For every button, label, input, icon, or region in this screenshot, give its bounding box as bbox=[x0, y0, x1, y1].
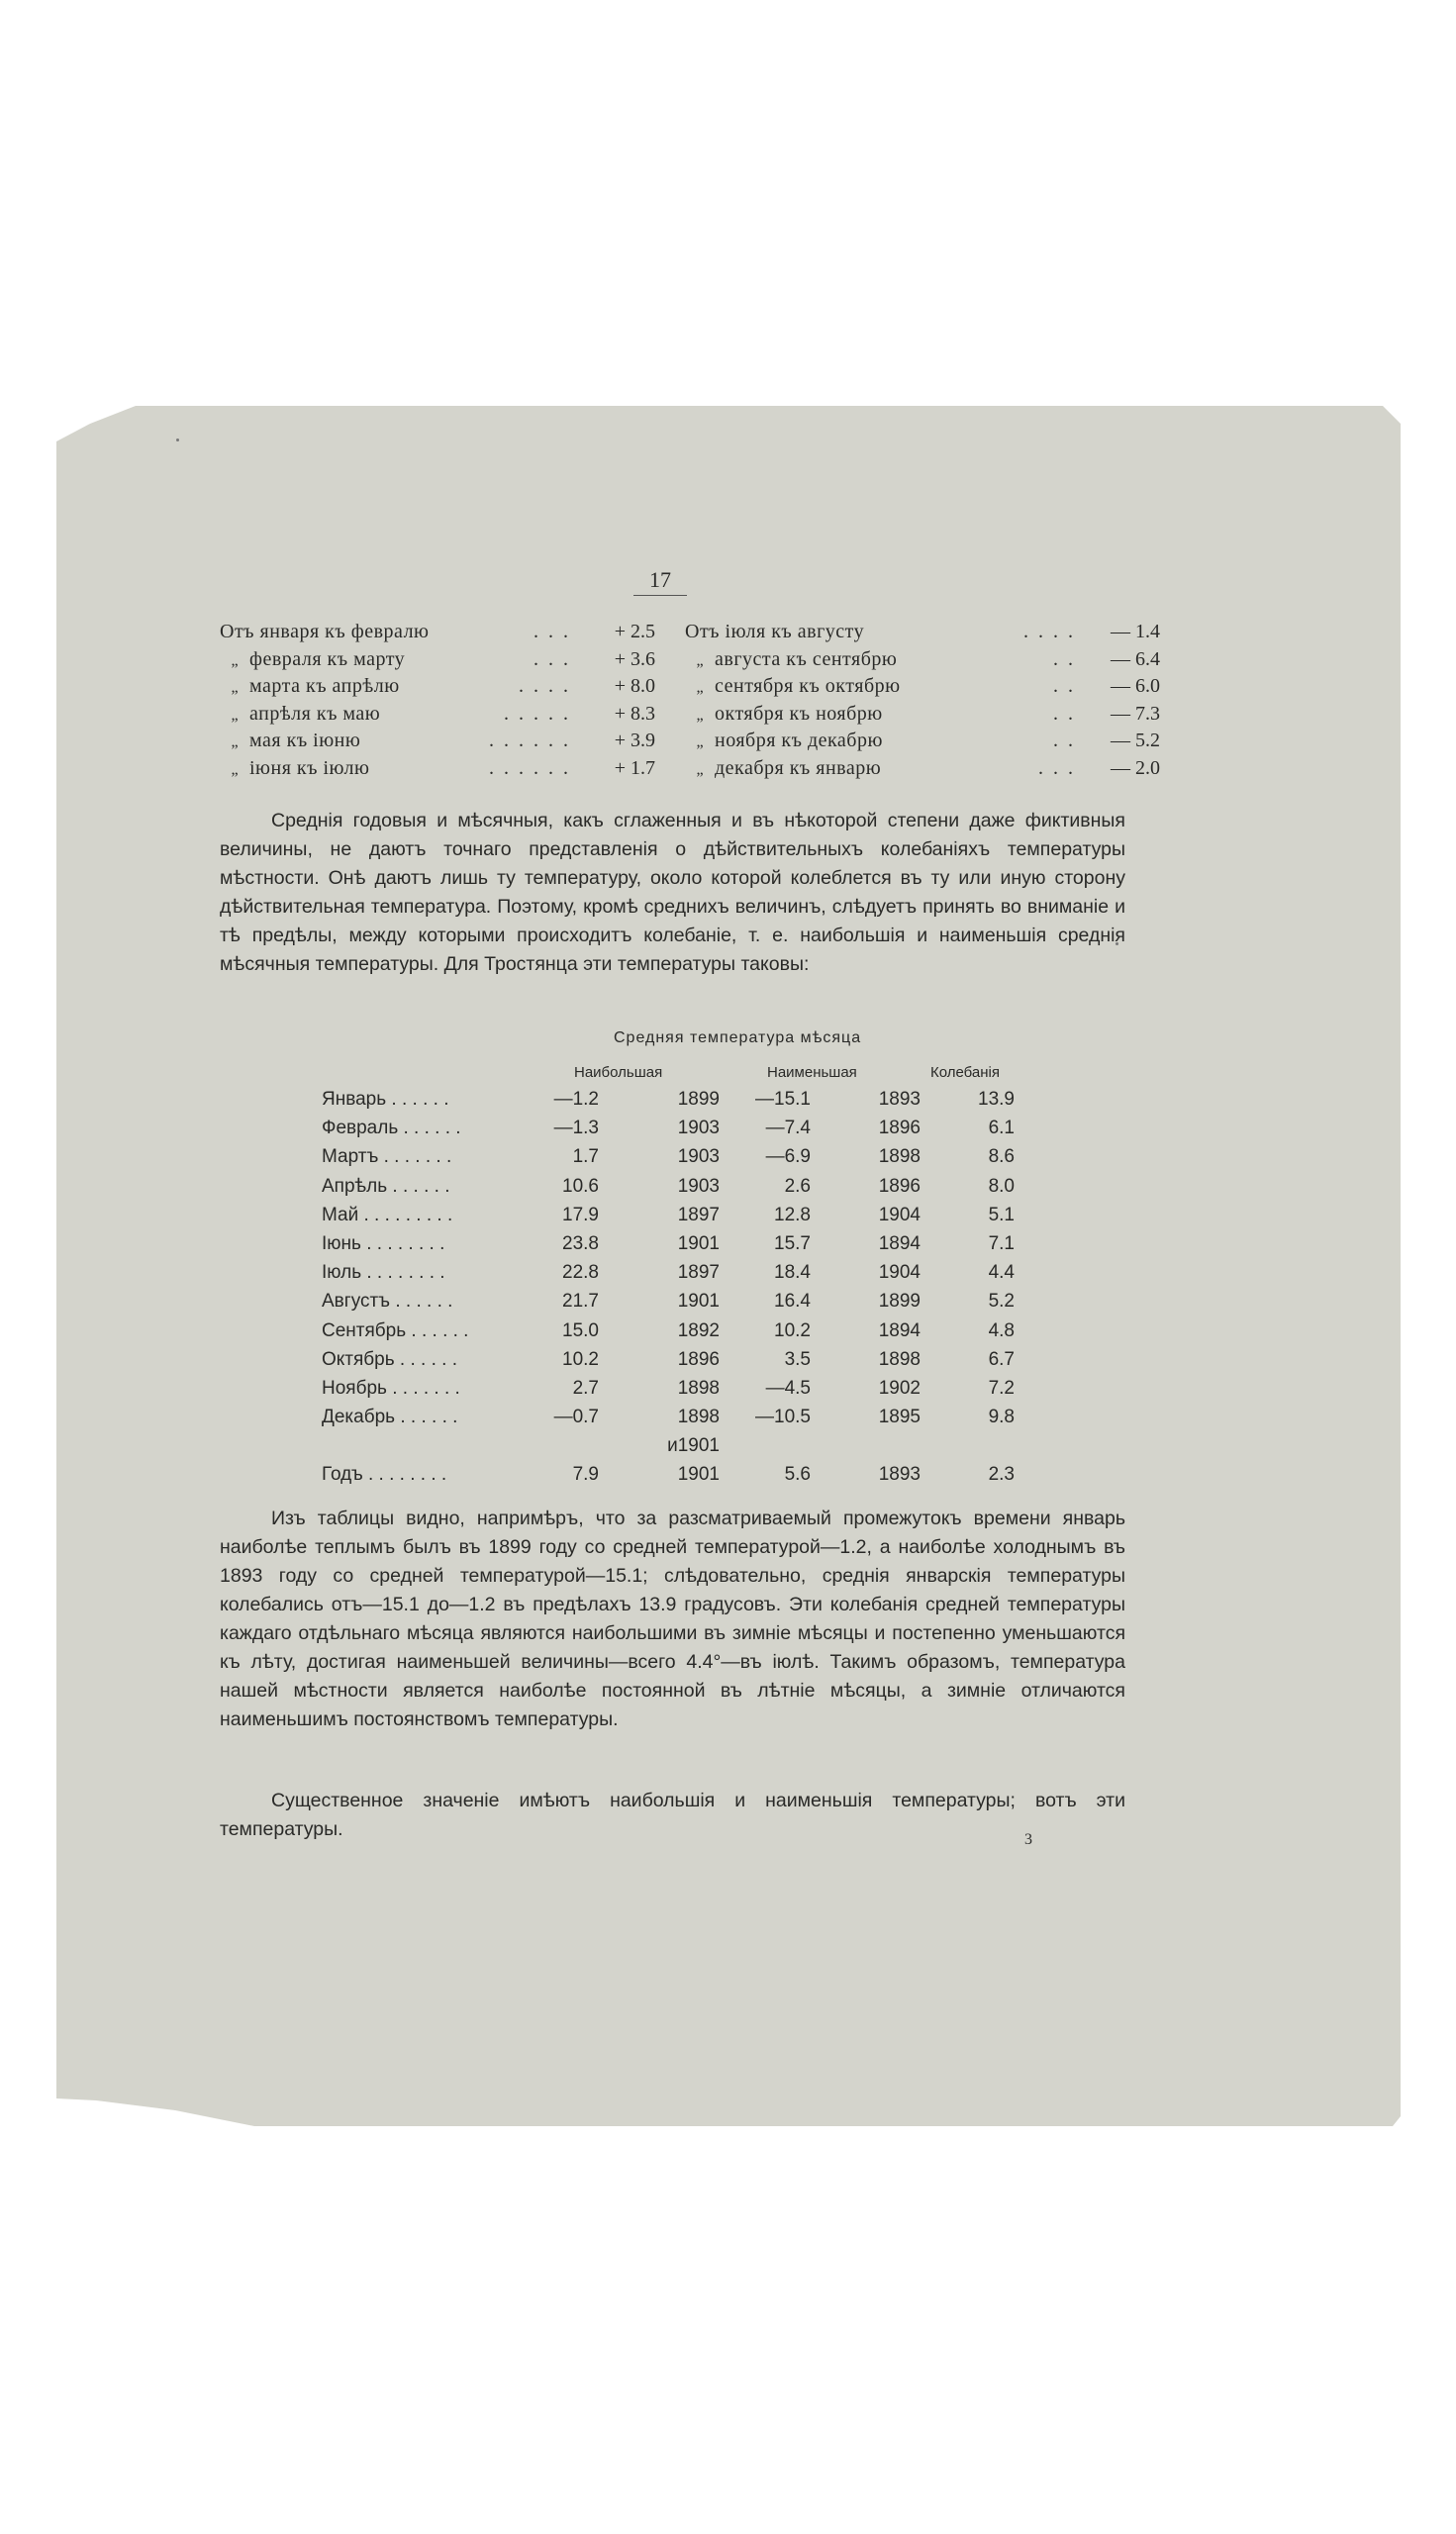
min-year: 1898 bbox=[879, 1349, 921, 1371]
range-value: 2.3 bbox=[989, 1464, 1015, 1486]
monthly-change-row: „апрѣля къ маю.....+ 8.3 bbox=[220, 701, 655, 729]
leader-dots: ... bbox=[534, 619, 578, 646]
table-title: Средняя температура мѣсяца bbox=[614, 1029, 861, 1047]
month-name: Февраль . . . . . . bbox=[322, 1118, 461, 1139]
ditto-mark: „ bbox=[685, 756, 715, 784]
ditto-mark: „ bbox=[685, 702, 715, 730]
leader-dots: .. bbox=[1053, 673, 1083, 701]
month-name: Декабрь . . . . . . bbox=[322, 1407, 457, 1428]
min-temp: 15.7 bbox=[774, 1233, 811, 1255]
monthly-change-label: ноября къ декабрю bbox=[715, 730, 883, 751]
monthly-change-value: — 2.0 bbox=[1111, 755, 1160, 783]
range-value: 7.2 bbox=[989, 1378, 1015, 1400]
leader-dots: .. bbox=[1053, 701, 1083, 729]
month-name: Ноябрь . . . . . . . bbox=[322, 1378, 460, 1400]
monthly-change-row: „декабря къ январю...— 2.0 bbox=[685, 755, 1160, 783]
min-year: 1896 bbox=[879, 1176, 921, 1198]
paragraph-text: Изъ таблицы видно, напримѣръ, что за раз… bbox=[220, 1505, 1125, 1734]
month-name: Августъ . . . . . . bbox=[322, 1291, 452, 1313]
max-temp: —1.2 bbox=[554, 1089, 599, 1111]
max-year: 1897 bbox=[678, 1205, 720, 1226]
range-value: 4.8 bbox=[989, 1320, 1015, 1342]
monthly-change-label: Отъ января къ февралю bbox=[220, 621, 430, 642]
max-temp: 22.8 bbox=[562, 1262, 599, 1284]
max-temp: —0.7 bbox=[554, 1407, 599, 1428]
ditto-mark: „ bbox=[685, 674, 715, 702]
max-temp: 21.7 bbox=[562, 1291, 599, 1313]
leader-dots: .. bbox=[1053, 728, 1083, 755]
monthly-change-label: мая къ іюню bbox=[249, 730, 360, 751]
max-temp: 17.9 bbox=[562, 1205, 599, 1226]
ditto-mark: „ bbox=[685, 729, 715, 756]
range-value: 8.6 bbox=[989, 1146, 1015, 1168]
monthly-change-row: „ноября къ декабрю..— 5.2 bbox=[685, 728, 1160, 755]
monthly-change-value: — 6.4 bbox=[1111, 646, 1160, 674]
min-year: 1893 bbox=[879, 1089, 921, 1111]
min-year: 1904 bbox=[879, 1262, 921, 1284]
leader-dots: ...... bbox=[489, 728, 578, 755]
month-name: Іюль . . . . . . . . bbox=[322, 1262, 445, 1284]
monthly-change-row: „сентября къ октябрю..— 6.0 bbox=[685, 673, 1160, 701]
min-year: 1898 bbox=[879, 1146, 921, 1168]
leader-dots: .... bbox=[1023, 619, 1083, 646]
monthly-change-value: + 2.5 bbox=[615, 619, 655, 646]
month-name: Апрѣль . . . . . . bbox=[322, 1176, 450, 1198]
paragraph-conclusion: Существенное значеніе имѣютъ наибольшія … bbox=[220, 1787, 1125, 1844]
month-name: Іюнь . . . . . . . . bbox=[322, 1233, 444, 1255]
max-year: 1898 bbox=[678, 1378, 720, 1400]
monthly-changes-left: Отъ января къ февралю...+ 2.5„февраля къ… bbox=[220, 619, 655, 783]
max-year: 1903 bbox=[678, 1146, 720, 1168]
min-temp: —4.5 bbox=[766, 1378, 811, 1400]
ditto-mark: „ bbox=[220, 756, 249, 784]
min-year: 1893 bbox=[879, 1464, 921, 1486]
range-value: 6.7 bbox=[989, 1349, 1015, 1371]
min-year: 1904 bbox=[879, 1205, 921, 1226]
monthly-change-value: + 3.9 bbox=[615, 728, 655, 755]
header-max: Наибольшая bbox=[574, 1064, 662, 1081]
monthly-change-label: іюня къ іюлю bbox=[249, 757, 369, 779]
min-temp: —10.5 bbox=[755, 1407, 811, 1428]
min-temp: 5.6 bbox=[785, 1464, 811, 1486]
min-year: 1896 bbox=[879, 1118, 921, 1139]
min-temp: 16.4 bbox=[774, 1291, 811, 1313]
max-temp: 10.6 bbox=[562, 1176, 599, 1198]
monthly-change-row: „августа къ сентябрю..— 6.4 bbox=[685, 646, 1160, 674]
monthly-change-label: Отъ іюля къ августу bbox=[685, 621, 864, 642]
ditto-mark: „ bbox=[220, 729, 249, 756]
paragraph-analysis: Изъ таблицы видно, напримѣръ, что за раз… bbox=[220, 1505, 1125, 1734]
leader-dots: .... bbox=[519, 673, 578, 701]
monthly-change-row: „февраля къ марту...+ 3.6 bbox=[220, 646, 655, 674]
monthly-change-label: августа къ сентябрю bbox=[715, 648, 897, 670]
max-year: 1892 bbox=[678, 1320, 720, 1342]
range-value: 8.0 bbox=[989, 1176, 1015, 1198]
max-year: 1897 bbox=[678, 1262, 720, 1284]
max-year: 1901 bbox=[678, 1233, 720, 1255]
monthly-change-row: Отъ іюля къ августу....— 1.4 bbox=[685, 619, 1160, 646]
ditto-mark: „ bbox=[220, 647, 249, 675]
min-temp: 10.2 bbox=[774, 1320, 811, 1342]
min-temp: —6.9 bbox=[766, 1146, 811, 1168]
monthly-change-value: — 7.3 bbox=[1111, 701, 1160, 729]
max-year: 1901 bbox=[678, 1291, 720, 1313]
monthly-change-value: + 8.0 bbox=[615, 673, 655, 701]
max-year: 1896 bbox=[678, 1349, 720, 1371]
month-name: Сентябрь . . . . . . bbox=[322, 1320, 468, 1342]
min-year: 1895 bbox=[879, 1407, 921, 1428]
max-year: 1903 bbox=[678, 1118, 720, 1139]
range-value: 4.4 bbox=[989, 1262, 1015, 1284]
monthly-change-row: „іюня къ іюлю......+ 1.7 bbox=[220, 755, 655, 783]
month-name: Годъ . . . . . . . . bbox=[322, 1464, 446, 1486]
min-temp: 3.5 bbox=[785, 1349, 811, 1371]
max-year: 1901 bbox=[678, 1464, 720, 1486]
paragraph-text: Среднія годовыя и мѣсячныя, какъ сглажен… bbox=[220, 807, 1125, 979]
monthly-change-label: декабря къ январю bbox=[715, 757, 881, 779]
max-temp: 15.0 bbox=[562, 1320, 599, 1342]
page-number: 17 bbox=[633, 567, 687, 596]
max-temp: 1.7 bbox=[573, 1146, 599, 1168]
leader-dots: .. bbox=[1053, 646, 1083, 674]
monthly-change-row: „мая къ іюню......+ 3.9 bbox=[220, 728, 655, 755]
leader-dots: ...... bbox=[489, 755, 578, 783]
max-year: и1901 bbox=[667, 1435, 720, 1457]
monthly-change-row: „октября къ ноябрю..— 7.3 bbox=[685, 701, 1160, 729]
range-value: 9.8 bbox=[989, 1407, 1015, 1428]
monthly-change-value: + 3.6 bbox=[615, 646, 655, 674]
max-temp: —1.3 bbox=[554, 1118, 599, 1139]
range-value: 7.1 bbox=[989, 1233, 1015, 1255]
monthly-change-label: октября къ ноябрю bbox=[715, 703, 883, 725]
max-temp: 23.8 bbox=[562, 1233, 599, 1255]
paper-speck bbox=[176, 439, 179, 441]
min-temp: 2.6 bbox=[785, 1176, 811, 1198]
month-name: Октябрь . . . . . . bbox=[322, 1349, 457, 1371]
month-name: Май . . . . . . . . . bbox=[322, 1205, 452, 1226]
monthly-change-value: — 6.0 bbox=[1111, 673, 1160, 701]
range-value: 13.9 bbox=[978, 1089, 1015, 1111]
monthly-change-row: Отъ января къ февралю...+ 2.5 bbox=[220, 619, 655, 646]
min-year: 1899 bbox=[879, 1291, 921, 1313]
monthly-changes-right: Отъ іюля къ августу....— 1.4„августа къ … bbox=[685, 619, 1160, 783]
ditto-mark: „ bbox=[220, 674, 249, 702]
min-year: 1894 bbox=[879, 1320, 921, 1342]
monthly-change-value: — 1.4 bbox=[1111, 619, 1160, 646]
header-min: Наименьшая bbox=[767, 1064, 857, 1081]
leader-dots: ... bbox=[1038, 755, 1083, 783]
ditto-mark: „ bbox=[220, 702, 249, 730]
ditto-mark: „ bbox=[685, 647, 715, 675]
signature-mark: 3 bbox=[1024, 1831, 1032, 1849]
monthly-change-label: сентября къ октябрю bbox=[715, 675, 901, 697]
max-temp: 10.2 bbox=[562, 1349, 599, 1371]
header-range: Колебанія bbox=[930, 1064, 1000, 1081]
monthly-change-value: + 8.3 bbox=[615, 701, 655, 729]
max-year: 1903 bbox=[678, 1176, 720, 1198]
monthly-change-value: — 5.2 bbox=[1111, 728, 1160, 755]
month-name: Мартъ . . . . . . . bbox=[322, 1146, 451, 1168]
min-temp: 12.8 bbox=[774, 1205, 811, 1226]
monthly-change-value: + 1.7 bbox=[615, 755, 655, 783]
min-year: 1894 bbox=[879, 1233, 921, 1255]
range-value: 5.1 bbox=[989, 1205, 1015, 1226]
month-name: Январь . . . . . . bbox=[322, 1089, 448, 1111]
min-year: 1902 bbox=[879, 1378, 921, 1400]
range-value: 5.2 bbox=[989, 1291, 1015, 1313]
leader-dots: ..... bbox=[504, 701, 578, 729]
paragraph-intro: Среднія годовыя и мѣсячныя, какъ сглажен… bbox=[220, 807, 1125, 979]
max-temp: 7.9 bbox=[573, 1464, 599, 1486]
min-temp: —7.4 bbox=[766, 1118, 811, 1139]
max-temp: 2.7 bbox=[573, 1378, 599, 1400]
min-temp: —15.1 bbox=[755, 1089, 811, 1111]
monthly-change-row: „марта къ апрѣлю....+ 8.0 bbox=[220, 673, 655, 701]
min-temp: 18.4 bbox=[774, 1262, 811, 1284]
monthly-change-label: марта къ апрѣлю bbox=[249, 675, 400, 697]
range-value: 6.1 bbox=[989, 1118, 1015, 1139]
max-year: 1898 bbox=[678, 1407, 720, 1428]
paragraph-text: Существенное значеніе имѣютъ наибольшія … bbox=[220, 1787, 1125, 1844]
leader-dots: ... bbox=[534, 646, 578, 674]
monthly-change-label: апрѣля къ маю bbox=[249, 703, 380, 725]
monthly-change-label: февраля къ марту bbox=[249, 648, 405, 670]
max-year: 1899 bbox=[678, 1089, 720, 1111]
